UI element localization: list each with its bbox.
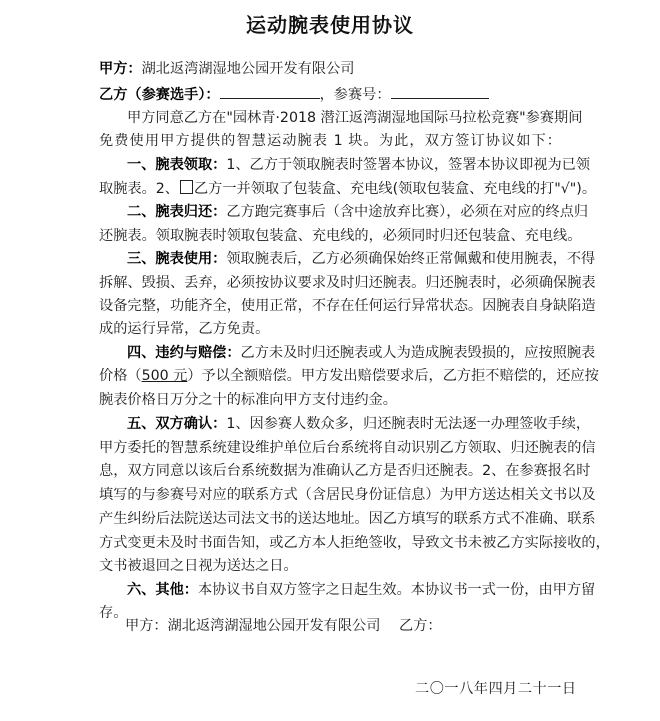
section-5-line-5: 产生纠纷后法院送达司法文书的送达地址。因乙方填写的联系方式不准确、联系 [99,509,561,529]
section-1-text: 1、乙方于领取腕表时签署本协议，签署本协议即视为已领 [226,157,590,173]
section-5-line-1: 五、双方确认：1、因参赛人数众多，归还腕表时无法逐一办理签收手续， [99,414,561,434]
section-5-line-4: 填写的与参赛号对应的联系方式（含居民身份证信息）为甲方送达相关文书以及 [99,485,561,505]
charger-box-checkbox[interactable] [180,180,193,194]
section-3-line-2: 拆解、毁损、丢弃，必须按协议要求及时归还腕表。归还腕表时，必须确保腕表 [99,273,561,293]
party-a-label: 甲方： [99,61,142,77]
participant-number-label: 参赛号： [334,87,391,103]
signing-date: 二〇一八年四月二十一日 [415,679,577,699]
section-4-text: 乙方未及时归还腕表或人为造成腕表毁损的，应按照腕表 [241,345,596,361]
party-a-line: 甲方：湖北返湾湖湿地公园开发有限公司 [99,59,561,79]
section-6-line-1: 六、其他：本协议书自双方签字之日起生效。本协议书一式一份，由甲方留 [99,580,561,600]
section-4-line-3: 腕表价格日万分之十的标准向甲方支付违约金。 [99,390,561,410]
section-4-text: 价格（ [99,368,142,384]
party-b-label: 乙方（参赛选手）： [99,87,220,103]
section-4-text: ）予以全额赔偿。甲方发出赔偿要求后，乙方拒不赔偿的，还应按 [187,368,598,384]
section-5-heading: 五、双方确认： [127,416,226,432]
intro-line-1: 甲方同意乙方在"园林青·2018 潜江返湾湖湿地国际马拉松竞赛"参赛期间 [99,108,561,128]
watch-price: 500 元 [142,368,188,384]
section-1-heading: 一、腕表领取： [127,157,226,173]
section-4-line-2: 价格（500 元）予以全额赔偿。甲方发出赔偿要求后，乙方拒不赔偿的，还应按 [99,366,561,386]
party-b-line: 乙方（参赛选手）：，参赛号： [99,84,561,105]
section-5-line-6: 方式变更未及时书面告知，或乙方本人拒绝签收，导致文书未被乙方实际接收的， [99,533,561,553]
party-a-value: 湖北返湾湖湿地公园开发有限公司 [142,61,355,77]
section-1-text: 乙方一并领取了包装盒、充电线(领取包装盒、充电线的打"√")。 [194,181,596,197]
section-6-text: 本协议书自双方签字之日起生效。本协议书一式一份，由甲方留 [198,582,595,598]
section-4-line-1: 四、违约与赔偿：乙方未及时归还腕表或人为造成腕表毁损的，应按照腕表 [99,343,561,363]
section-2-text: 乙方跑完赛事后（含中途放弃比赛），必须在对应的终点归 [226,204,588,220]
separator: ， [320,87,334,103]
signature-party-b[interactable]: 乙方： [399,616,442,636]
section-2-heading: 二、腕表归还： [127,204,226,220]
section-2-line-2: 还腕表。领取腕表时领取包装盒、充电线的，必须同时归还包装盒、充电线。 [99,226,561,246]
section-3-line-3: 设备完整，功能齐全，使用正常，不存在任何运行异常状态。因腕表自身缺陷造 [99,296,561,316]
document-title: 运动腕表使用协议 [0,9,660,38]
section-5-line-7: 文书被退回之日视为送达之日。 [99,556,561,576]
section-5-line-2: 甲方委托的智慧系统建设维护单位后台系统将自动识别乙方领取、归还腕表的信 [99,438,561,458]
signature-party-a: 甲方：湖北返湾湖湿地公园开发有限公司 [125,616,380,636]
section-2-line-1: 二、腕表归还：乙方跑完赛事后（含中途放弃比赛），必须在对应的终点归 [99,202,561,222]
section-5-line-3: 息，双方同意以该后台系统数据为准确认乙方是否归还腕表。2、在参赛报名时 [99,461,561,481]
participant-name-field[interactable] [220,84,320,99]
section-5-text: 1、因参赛人数众多，归还腕表时无法逐一办理签收手续， [226,416,590,432]
section-3-heading: 三、腕表使用： [127,251,226,267]
section-3-text: 领取腕表后，乙方必须确保始终正常佩戴和使用腕表，不得 [226,251,595,267]
section-1-text: 取腕表。2、 [99,181,179,197]
section-1-line-1: 一、腕表领取：1、乙方于领取腕表时签署本协议，签署本协议即视为已领 [99,155,561,175]
section-6-heading: 六、其他： [127,582,198,598]
intro-line-2: 免费使用甲方提供的智慧运动腕表 1 块。为此，双方签订协议如下： [99,131,561,151]
section-3-line-4: 成的运行异常，乙方免责。 [99,319,561,339]
section-4-heading: 四、违约与赔偿： [127,345,241,361]
section-3-line-1: 三、腕表使用：领取腕表后，乙方必须确保始终正常佩戴和使用腕表，不得 [99,249,561,269]
section-1-line-2: 取腕表。2、乙方一并领取了包装盒、充电线(领取包装盒、充电线的打"√")。 [99,179,561,199]
participant-number-field[interactable] [391,84,489,99]
